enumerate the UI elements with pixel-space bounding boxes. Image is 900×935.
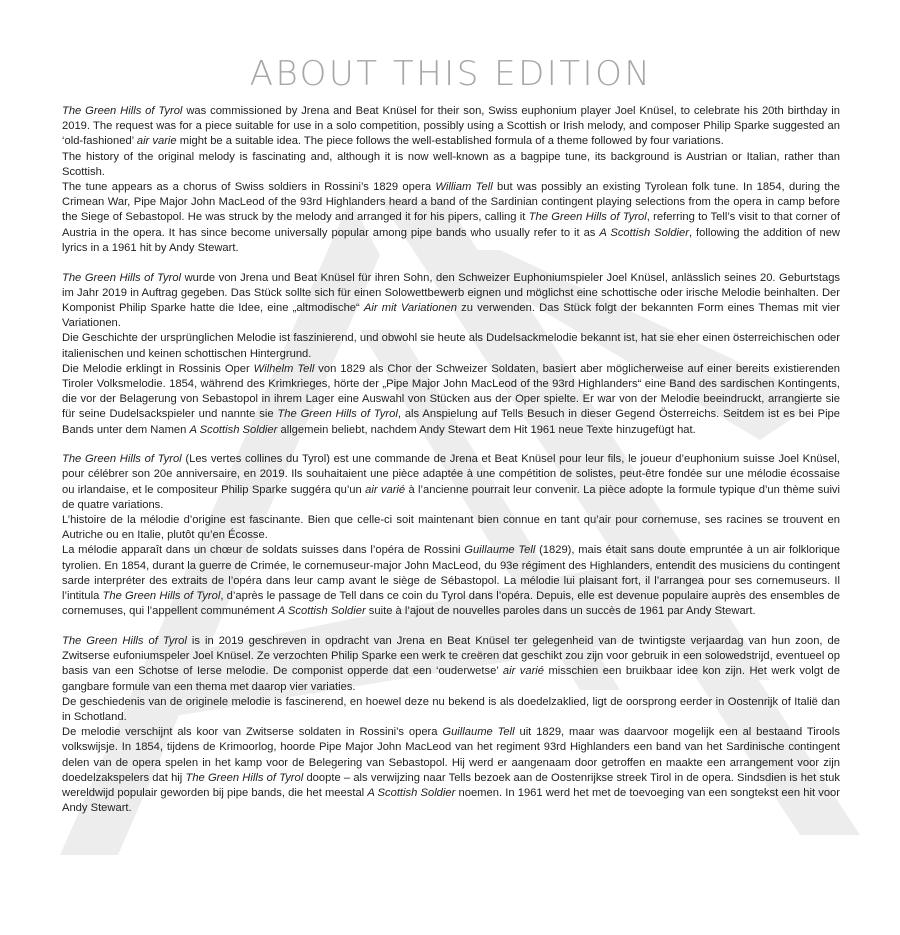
- italic-title-text: air varie: [137, 135, 177, 147]
- paragraph: L’histoire de la mélodie d’origine est f…: [62, 513, 840, 543]
- italic-title-text: Guillaume Tell: [464, 544, 535, 556]
- paragraph: The Green Hills of Tyrol wurde von Jrena…: [62, 271, 840, 332]
- body-text: might be a suitable idea. The piece foll…: [177, 135, 724, 147]
- paragraph: Die Geschichte der ursprünglichen Melodi…: [62, 331, 840, 361]
- paragraph: La mélodie apparaît dans un chœur de sol…: [62, 543, 840, 619]
- italic-title-text: A Scottish Soldier: [278, 605, 366, 617]
- body-text: De geschiedenis van de originele melodie…: [62, 696, 840, 723]
- italic-title-text: William Tell: [435, 181, 492, 193]
- paragraph: De melodie verschijnt als koor van Zwits…: [62, 725, 840, 816]
- italic-title-text: A Scottish Soldier: [367, 787, 455, 799]
- paragraph: De geschiedenis van de originele melodie…: [62, 695, 840, 725]
- italic-title-text: The Green Hills of Tyrol: [62, 105, 182, 117]
- section-german: The Green Hills of Tyrol wurde von Jrena…: [62, 271, 840, 438]
- about-edition-page: ABOUT THIS EDITION The Green Hills of Ty…: [0, 0, 900, 816]
- section-french: The Green Hills of Tyrol (Les vertes col…: [62, 452, 840, 619]
- paragraph: Die Melodie erklingt in Rossinis Oper Wi…: [62, 362, 840, 438]
- italic-title-text: Guillaume Tell: [442, 726, 514, 738]
- paragraph: The history of the original melody is fa…: [62, 150, 840, 180]
- italic-title-text: The Green Hills of Tyrol: [529, 211, 647, 223]
- italic-title-text: Air mit Variationen: [364, 302, 457, 314]
- body-text: De melodie verschijnt als koor van Zwits…: [62, 726, 442, 738]
- italic-title-text: air varié: [503, 665, 544, 677]
- italic-title-text: Wilhelm Tell: [254, 363, 315, 375]
- body-text: Die Melodie erklingt in Rossinis Oper: [62, 363, 254, 375]
- section-dutch: The Green Hills of Tyrol is in 2019 gesc…: [62, 634, 840, 816]
- paragraph: The tune appears as a chorus of Swiss so…: [62, 180, 840, 256]
- body-text: La mélodie apparaît dans un chœur de sol…: [62, 544, 464, 556]
- italic-title-text: The Green Hills of Tyrol: [185, 772, 303, 784]
- paragraph: The Green Hills of Tyrol (Les vertes col…: [62, 452, 840, 513]
- italic-title-text: The Green Hills of Tyrol: [62, 272, 181, 284]
- body-text: suite à l’ajout de nouvelles paroles dan…: [366, 605, 756, 617]
- italic-title-text: The Green Hills of Tyrol: [62, 453, 182, 465]
- italic-title-text: The Green Hills of Tyrol: [277, 408, 397, 420]
- italic-title-text: The Green Hills of Tyrol: [62, 635, 187, 647]
- paragraph: The Green Hills of Tyrol was commissione…: [62, 104, 840, 150]
- section-english: The Green Hills of Tyrol was commissione…: [62, 104, 840, 256]
- italic-title-text: A Scottish Soldier: [599, 227, 689, 239]
- body-text: L’histoire de la mélodie d’origine est f…: [62, 514, 840, 541]
- italic-title-text: air varié: [365, 484, 405, 496]
- body-text: The history of the original melody is fa…: [62, 151, 840, 178]
- body-text: Die Geschichte der ursprünglichen Melodi…: [62, 332, 840, 359]
- italic-title-text: The Green Hills of Tyrol: [103, 590, 221, 602]
- body-text: allgemein beliebt, nachdem Andy Stewart …: [277, 424, 695, 436]
- body-text: The tune appears as a chorus of Swiss so…: [62, 181, 435, 193]
- page-title: ABOUT THIS EDITION: [62, 0, 840, 96]
- sections-container: The Green Hills of Tyrol was commissione…: [62, 104, 840, 816]
- paragraph: The Green Hills of Tyrol is in 2019 gesc…: [62, 634, 840, 695]
- italic-title-text: A Scottish Soldier: [189, 424, 277, 436]
